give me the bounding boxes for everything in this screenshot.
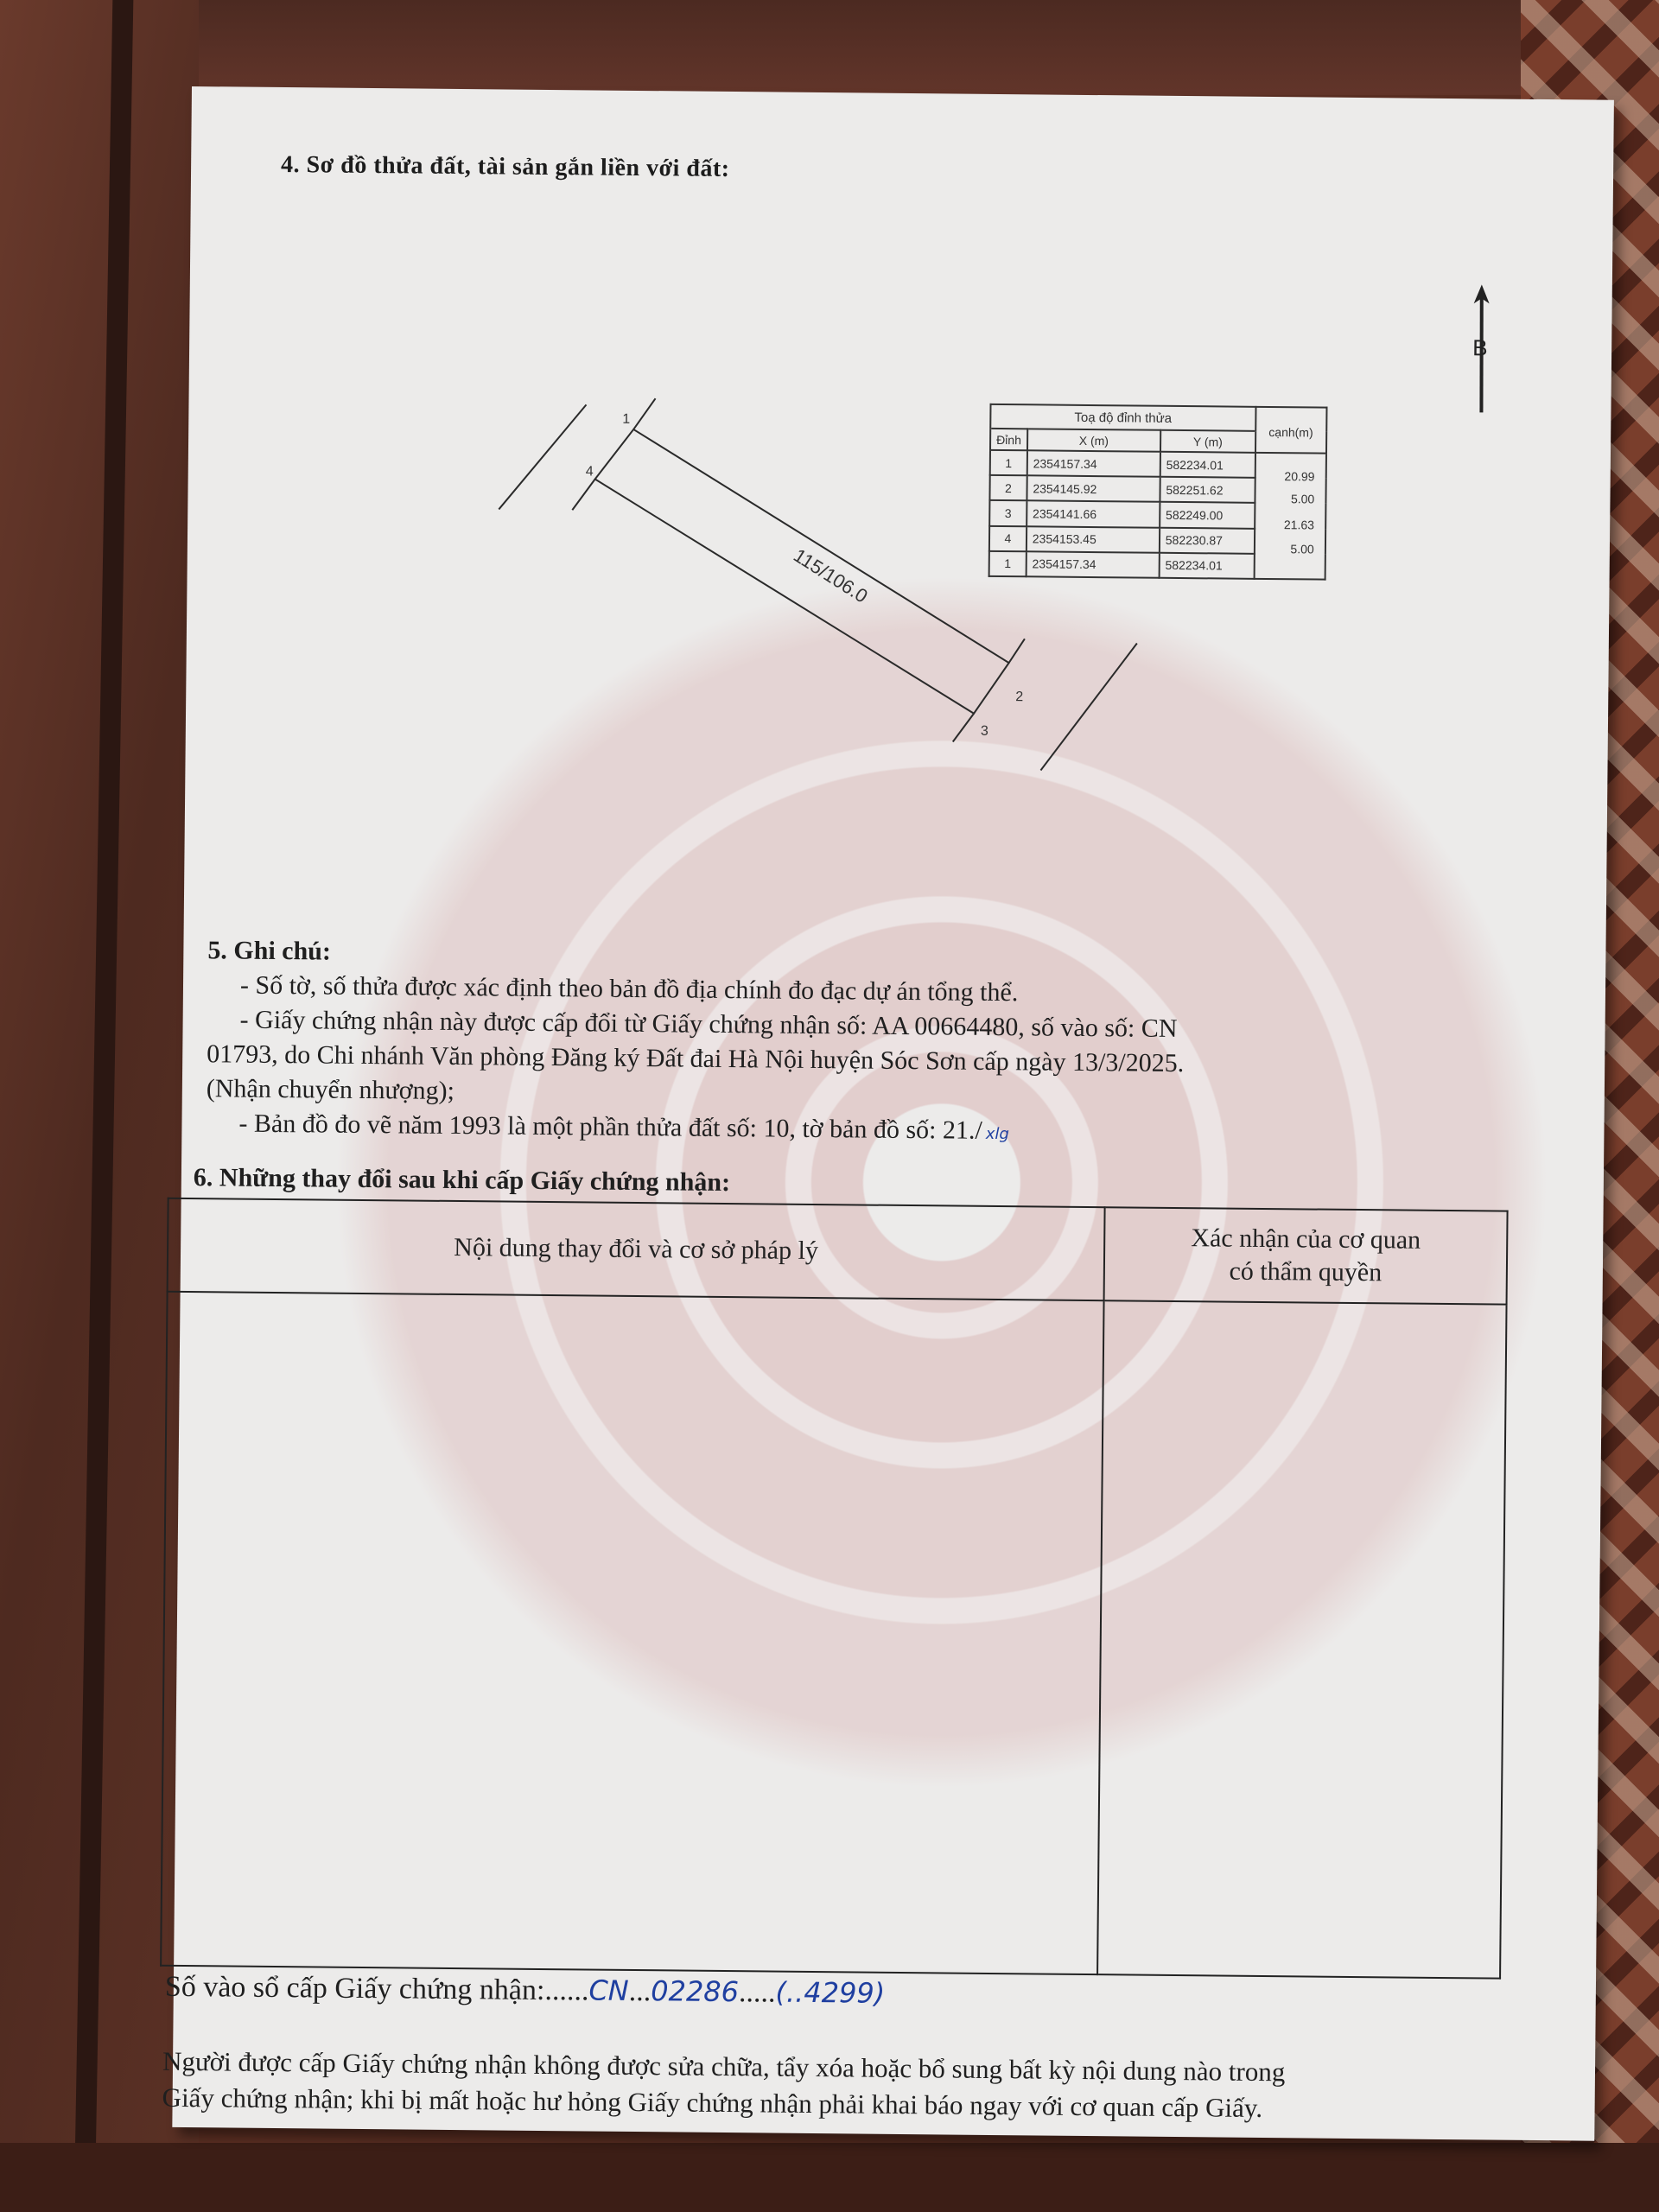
register-paren-handwritten: (..4299) <box>775 1976 885 2010</box>
register-number: Số vào sổ cấp Giấy chứng nhận:......CN..… <box>165 1970 886 2011</box>
note-3-text: - Bản đồ đo vẽ năm 1993 là một phần thửa… <box>238 1109 982 1145</box>
vertex-label-1: 1 <box>622 412 630 427</box>
vertex-label-4: 4 <box>586 464 594 479</box>
register-label: Số vào sổ cấp Giấy chứng nhận: <box>165 1971 545 2006</box>
vertex-cell: 3 <box>989 500 1027 526</box>
notes-section: 5. Ghi chú: - Số tờ, số thửa được xác đị… <box>206 933 1555 1157</box>
register-dots: ...... <box>544 1974 588 2006</box>
warning-text: Người được cấp Giấy chứng nhận không đượ… <box>162 2044 1510 2129</box>
changes-content-header: Nội dung thay đổi và cơ sở pháp lý <box>168 1198 1105 1300</box>
x-cell: 2354157.34 <box>1026 551 1159 578</box>
x-header: X (m) <box>1027 429 1160 451</box>
edge-1-2: 20.99 <box>1284 469 1314 483</box>
edge-2-3: 5.00 <box>1291 492 1314 505</box>
background-floor-bottom <box>0 2143 1659 2212</box>
edge-3-4: 21.63 <box>1284 518 1314 531</box>
section-6-heading: 6. Những thay đổi sau khi cấp Giấy chứng… <box>194 1163 731 1198</box>
y-cell: 582230.87 <box>1160 527 1255 553</box>
confirmation-header-line-1: Xác nhận của cơ quan <box>1191 1224 1421 1255</box>
x-cell: 2354157.34 <box>1027 450 1160 477</box>
register-prefix-handwritten: CN <box>588 1974 629 2007</box>
parcel-label: 115/106.0 <box>790 544 872 607</box>
vertex-cell: 2 <box>989 475 1027 501</box>
changes-confirmation-header: Xác nhận của cơ quan có thẩm quyền <box>1104 1207 1508 1304</box>
certificate-page: 4. Sơ đồ thửa đất, tài sản gắn liền với … <box>172 86 1614 2141</box>
changes-confirmation-cell <box>1097 1300 1506 1978</box>
edge-4-1: 5.00 <box>1290 542 1313 556</box>
y-cell: 582234.01 <box>1159 553 1254 579</box>
vertex-cell: 4 <box>989 525 1027 551</box>
x-cell: 2354145.92 <box>1027 475 1160 502</box>
coordinate-table: Toạ độ đỉnh thửa cạnh(m) Đỉnh X (m) Y (m… <box>988 404 1328 581</box>
y-cell: 582234.01 <box>1160 452 1255 478</box>
x-cell: 2354153.45 <box>1027 526 1160 553</box>
background-floor-top <box>0 0 1659 95</box>
edge-lengths-cell: 20.99 5.00 21.63 5.00 <box>1254 453 1325 580</box>
coord-row: 1 2354157.34 582234.01 20.99 5.00 21.63 … <box>990 450 1326 479</box>
register-number-handwritten: 02286 <box>651 1974 739 2008</box>
vertex-label-2: 2 <box>1015 690 1023 704</box>
handwritten-initials: xlg <box>986 1125 1009 1143</box>
y-cell: 582251.62 <box>1160 477 1255 503</box>
register-dots: ..... <box>739 1976 776 2008</box>
y-cell: 582249.00 <box>1160 502 1255 528</box>
register-dots: ... <box>629 1975 652 2007</box>
vertex-header: Đỉnh <box>990 429 1027 450</box>
vertex-cell: 1 <box>990 450 1027 476</box>
changes-content-cell <box>161 1292 1103 1974</box>
edge-header: cạnh(m) <box>1255 407 1327 454</box>
y-header: Y (m) <box>1160 430 1255 453</box>
vertex-label-3: 3 <box>981 724 988 739</box>
confirmation-header-line-2: có thẩm quyền <box>1229 1257 1382 1287</box>
changes-table: Nội dung thay đổi và cơ sở pháp lý Xác n… <box>160 1198 1508 1980</box>
x-cell: 2354141.66 <box>1027 501 1160 528</box>
parcel-sketch: 1 2 3 4 115/106.0 <box>184 86 1614 878</box>
coord-table-title: Toạ độ đỉnh thửa <box>990 404 1255 431</box>
vertex-cell: 1 <box>989 551 1027 577</box>
